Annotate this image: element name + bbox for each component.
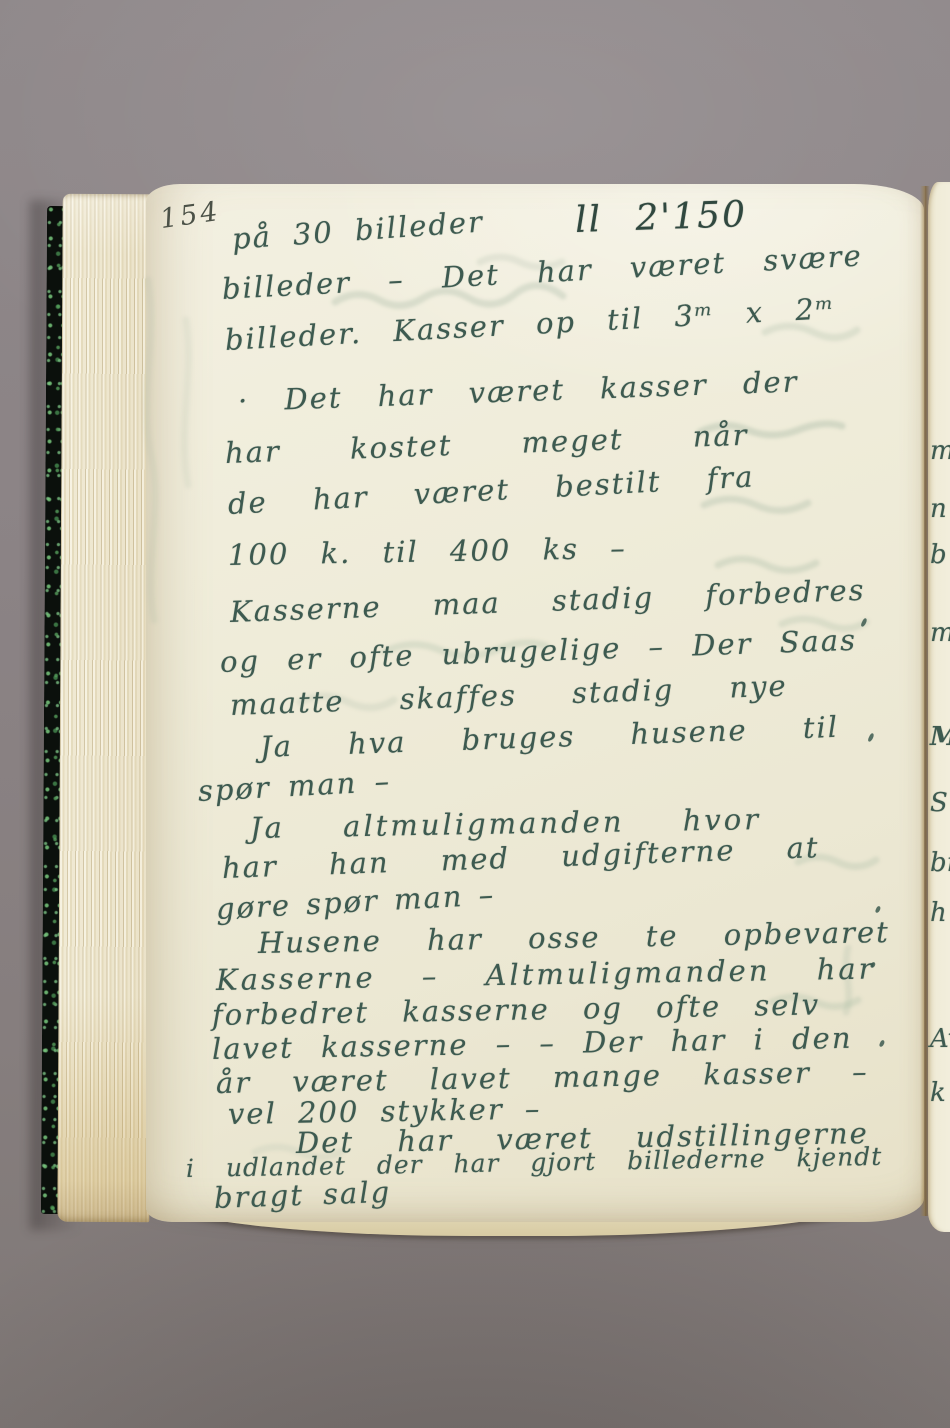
handwriting-line: på 30 billeder: [231, 204, 485, 256]
facing-page-text-fragment: h: [930, 898, 947, 928]
facing-page-text-fragment: br: [930, 848, 950, 878]
ink-speck: [879, 1039, 886, 1047]
handwriting-line: spør man –: [197, 764, 392, 808]
handwriting-layer: 154 ll 2'150 på 30 billeder billeder – D…: [0, 0, 950, 1428]
handwriting-line: har kostet meget når: [224, 418, 749, 470]
notebook-photo: 154 ll 2'150 på 30 billeder billeder – D…: [0, 0, 950, 1428]
facing-page-text-fragment: S: [930, 788, 948, 818]
handwriting-line: bragt salg: [213, 1175, 391, 1215]
page-number: 154: [158, 196, 222, 235]
facing-page-text-fragment: k: [930, 1078, 946, 1108]
facing-page-text-fragment: b: [930, 540, 947, 570]
handwriting-line: gøre spør man –: [215, 877, 496, 926]
facing-page-text-fragment: m: [930, 436, 950, 466]
facing-page-text-fragment: n: [930, 494, 947, 524]
facing-page-text-fragment: Av: [930, 1024, 950, 1054]
facing-page-text-fragment: m: [930, 618, 950, 648]
handwriting-line: · Det har været kasser der: [237, 364, 799, 418]
ink-speck: [860, 618, 867, 628]
handwriting-line: 100 k. til 400 ks –: [228, 531, 627, 572]
heading-note: ll 2'150: [574, 194, 747, 241]
ink-speck: [875, 905, 882, 913]
handwriting-line: i udlandet der har gjort billederne kjen…: [186, 1142, 883, 1183]
ink-speck: [867, 733, 874, 743]
handwriting-line: Kasserne maa stadig forbedres: [229, 573, 866, 629]
handwriting-line: de har været bestilt fra: [227, 459, 755, 521]
facing-page-text-fragment: M: [930, 722, 950, 752]
